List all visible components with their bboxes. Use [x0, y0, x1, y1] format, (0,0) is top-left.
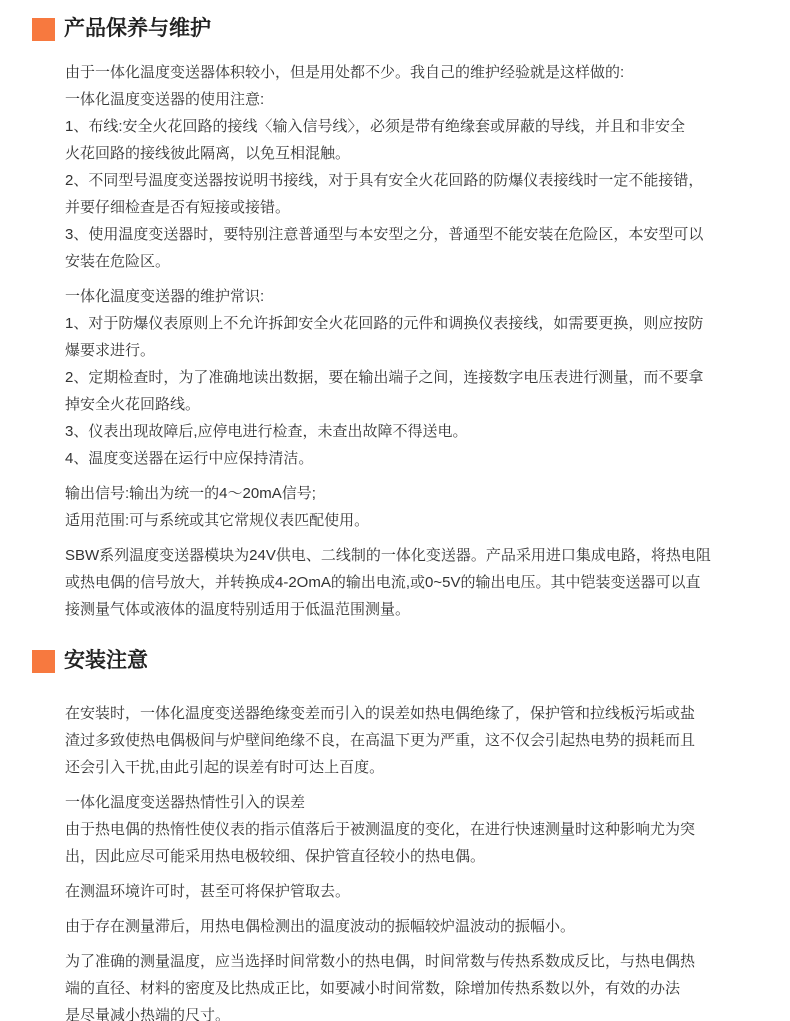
section-title-maintenance: 产品保养与维护	[64, 16, 211, 42]
text-line: 一体化温度变送器的使用注意:	[65, 91, 264, 108]
text-line: 由于一体化温度变送器体积较小，但是用处都不少。我自己的维护经验就是这样做的:	[65, 64, 624, 81]
section-body-maintenance: 由于一体化温度变送器体积较小，但是用处都不少。我自己的维护经验就是这样做的:一体…	[65, 59, 748, 623]
paragraph: 由于存在测量滞后，用热电偶检测出的温度波动的振幅较炉温波动的振幅小。	[65, 913, 748, 940]
paragraph: 为了准确的测量温度，应当选择时间常数小的热电偶，时间常数与传热系数成反比，与热电…	[65, 948, 748, 1021]
text-line: 由于热电偶的热惰性使仪表的指示值落后于被测温度的变化，在进行快速测量时这种影响尤…	[65, 821, 695, 838]
text-line: 端的直径、材料的密度及比热成正比，如要减小时间常数，除增加传热系数以外，有效的办…	[65, 980, 680, 997]
text-line: 还会引入干扰,由此引起的误差有时可达上百度。	[65, 759, 384, 776]
product-detail-page: 产品保养与维护 由于一体化温度变送器体积较小，但是用处都不少。我自己的维护经验就…	[0, 0, 790, 1021]
section-title-installation: 安装注意	[64, 648, 148, 674]
text-line: 2、不同型号温度变送器按说明书接线，对于具有安全火花回路的防爆仪表接线时一定不能…	[65, 172, 703, 189]
paragraph: 由于一体化温度变送器体积较小，但是用处都不少。我自己的维护经验就是这样做的:一体…	[65, 59, 748, 275]
text-line: 并要仔细检查是否有短接或接错。	[65, 199, 290, 216]
text-line: 4、温度变送器在运行中应保持清洁。	[65, 450, 313, 467]
text-line: 掉安全火花回路线。	[65, 396, 200, 413]
section-header-maintenance: 产品保养与维护	[32, 16, 790, 42]
text-line: 1、布线:安全火花回路的接线〈输入信号线〉，必须是带有绝缘套或屏蔽的导线，并且和…	[65, 118, 685, 135]
text-line: 出，因此应尽可能采用热电极较细、保护管直径较小的热电偶。	[65, 848, 485, 865]
text-line: 2、定期检查时，为了准确地读出数据，要在输出端子之间，连接数字电压表进行测量，而…	[65, 369, 703, 386]
section-bullet-icon	[32, 18, 55, 41]
paragraph: 输出信号:输出为统一的4～20mA信号;适用范围:可与系统或其它常规仪表匹配使用…	[65, 480, 748, 534]
paragraph: SBW系列温度变送器模块为24V供电、二线制的一体化变送器。产品采用进口集成电路…	[65, 542, 748, 623]
text-line: 渣过多致使热电偶极间与炉壁间绝缘不良，在高温下更为严重，这不仅会引起热电势的损耗…	[65, 732, 695, 749]
text-line: SBW系列温度变送器模块为24V供电、二线制的一体化变送器。产品采用进口集成电路…	[65, 547, 711, 564]
paragraph: 在安装时，一体化温度变送器绝缘变差而引入的误差如热电偶绝缘了，保护管和拉线板污垢…	[65, 700, 748, 781]
text-line: 3、使用温度变送器时，要特别注意普通型与本安型之分，普通型不能安装在危险区，本安…	[65, 226, 703, 243]
text-line: 火花回路的接线彼此隔离，以免互相混触。	[65, 145, 350, 162]
text-line: 适用范围:可与系统或其它常规仪表匹配使用。	[65, 512, 369, 529]
text-line: 是尽量减小热端的尺寸。	[65, 1007, 230, 1021]
text-line: 接测量气体或液体的温度特别适用于低温范围测量。	[65, 601, 410, 618]
section-bullet-icon	[32, 650, 55, 673]
text-line: 安装在危险区。	[65, 253, 170, 270]
section-maintenance: 产品保养与维护 由于一体化温度变送器体积较小，但是用处都不少。我自己的维护经验就…	[0, 16, 790, 623]
section-body-installation: 在安装时，一体化温度变送器绝缘变差而引入的误差如热电偶绝缘了，保护管和拉线板污垢…	[65, 700, 748, 1021]
text-line: 爆要求进行。	[65, 342, 155, 359]
text-line: 由于存在测量滞后，用热电偶检测出的温度波动的振幅较炉温波动的振幅小。	[65, 918, 575, 935]
section-installation: 安装注意 在安装时，一体化温度变送器绝缘变差而引入的误差如热电偶绝缘了，保护管和…	[0, 648, 790, 1021]
text-line: 为了准确的测量温度，应当选择时间常数小的热电偶，时间常数与传热系数成反比，与热电…	[65, 953, 695, 970]
section-header-installation: 安装注意	[32, 648, 790, 674]
text-line: 3、仪表出现故障后,应停电进行检查，未查出故障不得送电。	[65, 423, 468, 440]
text-line: 或热电偶的信号放大，并转换成4-2OmA的输出电流,或0~5V的输出电压。其中铠…	[65, 574, 700, 591]
text-line: 在安装时，一体化温度变送器绝缘变差而引入的误差如热电偶绝缘了，保护管和拉线板污垢…	[65, 705, 695, 722]
paragraph: 一体化温度变送器热情性引入的误差由于热电偶的热惰性使仪表的指示值落后于被测温度的…	[65, 789, 748, 870]
paragraph: 一体化温度变送器的维护常识:1、对于防爆仪表原则上不允许拆卸安全火花回路的元件和…	[65, 283, 748, 472]
text-line: 在测温环境许可时，甚至可将保护管取去。	[65, 883, 350, 900]
text-line: 输出信号:输出为统一的4～20mA信号;	[65, 485, 316, 502]
text-line: 一体化温度变送器热情性引入的误差	[65, 794, 305, 811]
paragraph: 在测温环境许可时，甚至可将保护管取去。	[65, 878, 748, 905]
text-line: 1、对于防爆仪表原则上不允许拆卸安全火花回路的元件和调换仪表接线，如需要更换，则…	[65, 315, 703, 332]
text-line: 一体化温度变送器的维护常识:	[65, 288, 264, 305]
